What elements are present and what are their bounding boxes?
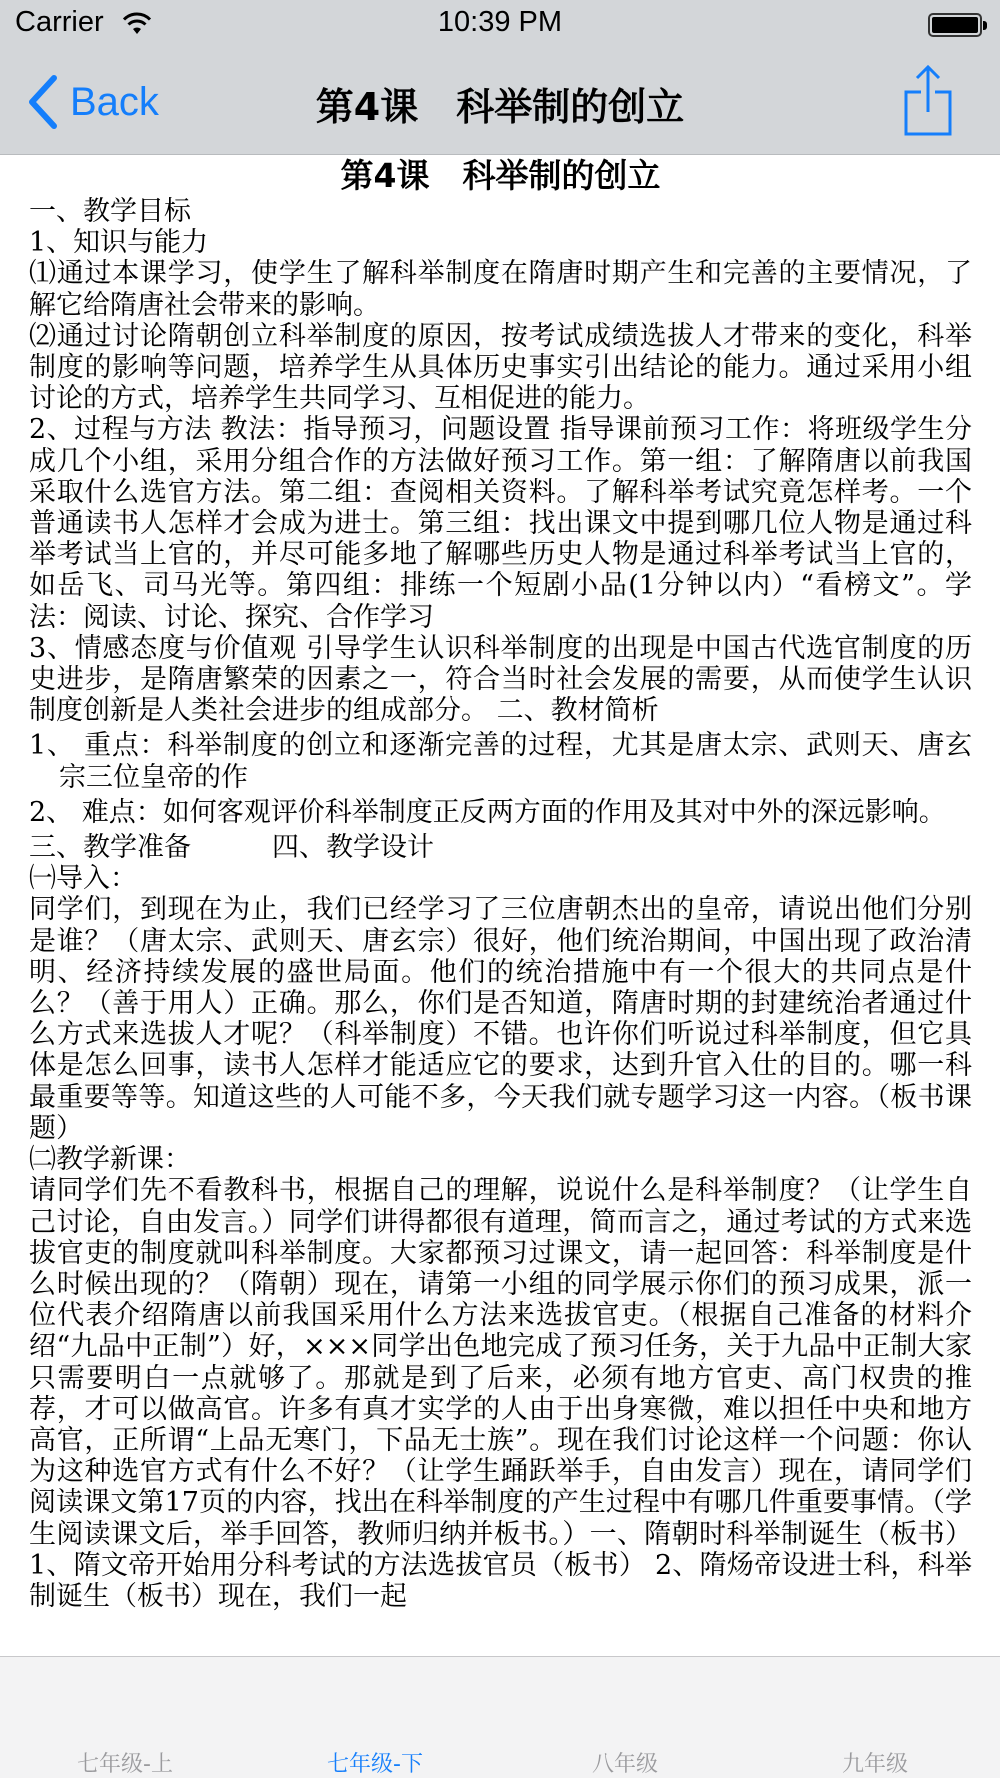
- tab-grade8[interactable]: 八年级: [535, 1747, 715, 1778]
- paragraph: 2、过程与方法 教法：指导预习，问题设置 指导课前预习工作：将班级学生分成几个小…: [29, 414, 972, 632]
- document-viewer[interactable]: 第4课 科举制的创立 一、教学目标 1、知识与能力 ⑴通过本课学习，使学生了解科…: [0, 156, 1000, 1656]
- difficulty-item: 2、 难点：如何客观评价科举制度正反两方面的作用及其对中外的深远影响。: [29, 797, 972, 828]
- subsection-heading: ㈠导入：: [29, 863, 972, 894]
- status-time: 10:39 PM: [0, 6, 1000, 39]
- page-title: 第4课 科举制的创立: [0, 76, 1000, 131]
- tab-bar: 七年级-上 七年级-下 八年级 九年级: [0, 1656, 1000, 1778]
- paragraph: ⑵通过讨论隋朝创立科举制度的原因，按考试成绩选拔人才带来的变化，科举制度的影响等…: [29, 321, 972, 415]
- subsection-heading: ㈡教学新课：: [29, 1144, 972, 1175]
- top-bar: Carrier 10:39 PM Back 第4课 科举制的创立: [0, 0, 1000, 155]
- battery-icon: [928, 13, 982, 37]
- paragraph: 3、情感态度与价值观 引导学生认识科举制度的出现是中国古代选官制度的历史进步，是…: [29, 633, 972, 727]
- section-heading: 三、教学准备 四、教学设计: [29, 832, 972, 863]
- battery-tip: [983, 21, 987, 30]
- tab-grade7-first[interactable]: 七年级-上: [35, 1747, 215, 1778]
- document-body: 第4课 科举制的创立 一、教学目标 1、知识与能力 ⑴通过本课学习，使学生了解科…: [0, 156, 1000, 1612]
- document-title: 第4课 科举制的创立: [29, 156, 972, 196]
- paragraph: 请同学们先不看教科书，根据自己的理解，说说什么是科举制度？（让学生自己讨论，自由…: [29, 1175, 972, 1612]
- status-bar: Carrier 10:39 PM: [0, 0, 1000, 50]
- tab-grade9[interactable]: 九年级: [785, 1747, 965, 1778]
- tab-grade7-second[interactable]: 七年级-下: [285, 1747, 465, 1778]
- navigation-bar: Back 第4课 科举制的创立: [0, 50, 1000, 155]
- section-heading: 一、教学目标: [29, 196, 972, 227]
- paragraph: 同学们，到现在为止，我们已经学习了三位唐朝杰出的皇帝，请说出他们分别是谁？（唐太…: [29, 894, 972, 1144]
- share-icon[interactable]: [902, 64, 956, 136]
- subsection-heading: 1、知识与能力: [29, 227, 972, 258]
- paragraph: ⑴通过本课学习，使学生了解科举制度在隋唐时期产生和完善的主要情况，了解它给隋唐社…: [29, 258, 972, 320]
- key-point-item: 1、 重点：科举制度的创立和逐渐完善的过程，尤其是唐太宗、武则天、唐玄宗三位皇帝…: [29, 730, 972, 792]
